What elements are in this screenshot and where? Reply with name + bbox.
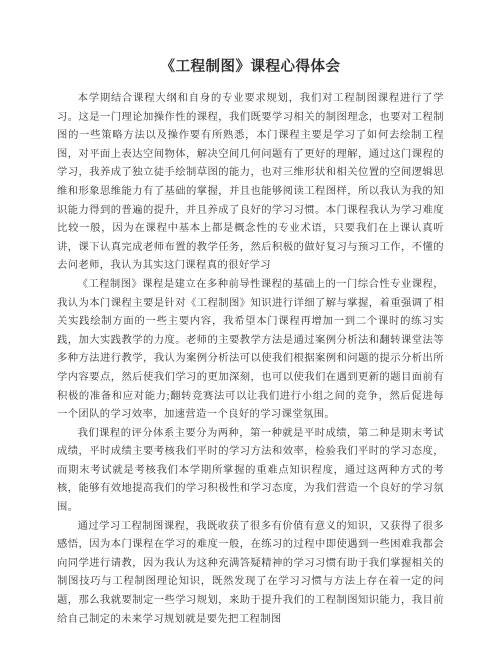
document-title: 《工程制图》课程心得体会 xyxy=(57,57,444,77)
paragraph-4: 通过学习工程制图课程，我既收获了很多有价值有意义的知识，又获得了很多感悟，因为本… xyxy=(57,518,444,630)
paragraph-2: 《工程制图》课程是建立在多种前导性课程的基础上的一门综合性专业课程， 我认为本门… xyxy=(57,276,444,425)
paragraph-1: 本学期结合课程大纲和自身的专业要求规划，我们对工程制图课程进行了学习。这是一门理… xyxy=(57,90,444,276)
paragraph-3: 我们课程的评分体系主要分为两种，第一种就是平时成绩，第二种是期末考试成绩，平时成… xyxy=(57,425,444,518)
document-page: 《工程制图》课程心得体会 本学期结合课程大纲和自身的专业要求规划，我们对工程制图… xyxy=(0,0,500,647)
document-body: 本学期结合课程大纲和自身的专业要求规划，我们对工程制图课程进行了学习。这是一门理… xyxy=(57,90,444,629)
